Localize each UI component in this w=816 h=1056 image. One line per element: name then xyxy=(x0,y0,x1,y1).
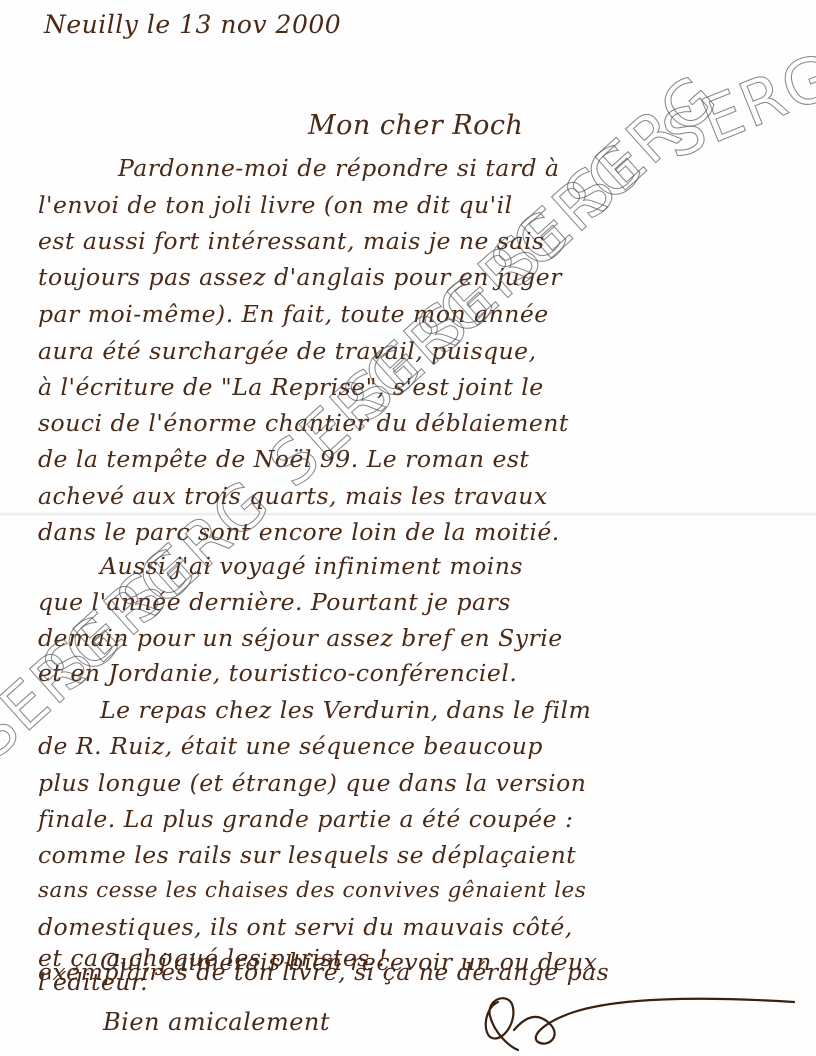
watermark-text: SERG xyxy=(653,39,816,173)
salutation: Mon cher Roch xyxy=(308,110,523,141)
letter-line: Le repas chez les Verdurin, dans le film xyxy=(100,692,591,728)
letter-line: souci de l'énorme chantier du déblaiemen… xyxy=(38,405,569,441)
signature-icon xyxy=(478,990,798,1056)
letter-line: achevé aux trois quarts, mais les travau… xyxy=(38,478,548,514)
letter-line: dans le parc sont encore loin de la moit… xyxy=(38,514,560,550)
closing: Bien amicalement xyxy=(103,1008,330,1036)
letter-line: est aussi fort intéressant, mais je ne s… xyxy=(38,223,545,259)
letter-line: l'envoi de ton joli livre (on me dit qu'… xyxy=(38,187,513,223)
letter-line: Pardonne-moi de répondre si tard à xyxy=(118,150,560,186)
letter-line: à l'écriture de "La Reprise", s'est join… xyxy=(38,369,544,405)
letter-line: de R. Ruiz, était une séquence beaucoup xyxy=(38,728,543,764)
dateline: Neuilly le 13 nov 2000 xyxy=(44,10,341,39)
letter-line: et en Jordanie, touristico-conférenciel. xyxy=(38,655,517,691)
letter-line: demain pour un séjour assez bref en Syri… xyxy=(38,620,563,656)
letter-line: l'éditeur. xyxy=(38,964,148,1000)
letter-line: aura été surchargée de travail, puisque, xyxy=(38,333,537,369)
letter-line: de la tempête de Noël 99. Le roman est xyxy=(38,441,529,477)
watermark-text: SERG xyxy=(551,60,732,233)
letter-line: plus longue (et étrange) que dans la ver… xyxy=(38,765,586,801)
letter-line: Aussi j'ai voyagé infiniment moins xyxy=(100,548,523,584)
letter-line: finale. La plus grande partie a été coup… xyxy=(38,801,573,837)
letter-line: comme les rails sur lesquels se déplaçai… xyxy=(38,837,576,873)
letter-line: toujours pas assez d'anglais pour en jug… xyxy=(38,259,562,295)
letter-line: que l'année dernière. Pourtant je pars xyxy=(38,584,511,620)
letter-line: sans cesse les chaises des convives gêna… xyxy=(38,873,586,909)
letter-page: Neuilly le 13 nov 2000 Mon cher Roch Par… xyxy=(0,0,816,1056)
letter-line: par moi-même). En fait, toute mon année xyxy=(38,296,549,332)
